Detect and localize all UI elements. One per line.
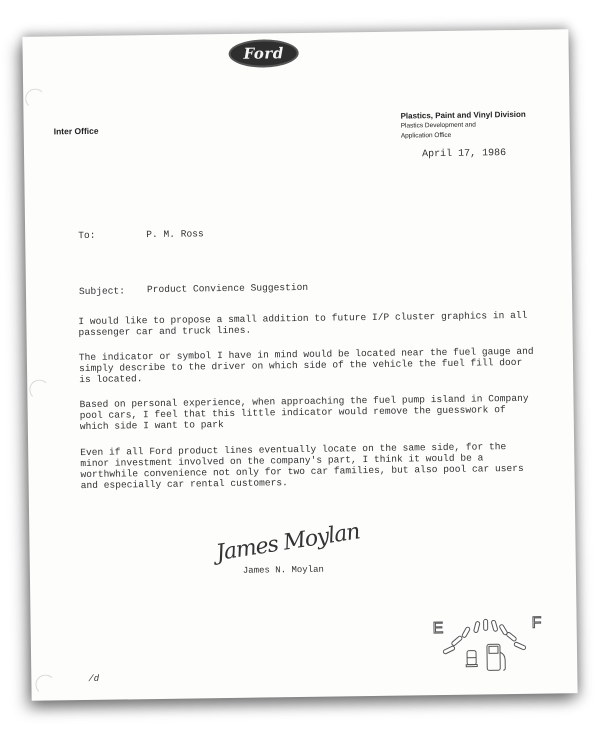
to-value: P. M. Ross (146, 228, 204, 240)
inter-office-label: Inter Office (54, 126, 99, 137)
fuel-pump-icon (487, 644, 505, 670)
punch-hole-mark (25, 89, 45, 109)
handwritten-signature: James Moylan (214, 519, 361, 566)
punch-hole-mark (35, 674, 55, 694)
to-label: To: (78, 230, 95, 241)
typed-signature-name: James N. Moylan (243, 565, 324, 576)
body-paragraph: Based on personal experience, when appro… (79, 393, 549, 433)
ford-logo: Ford (228, 39, 298, 68)
empty-label: E (433, 620, 444, 637)
division-block: Plastics, Paint and Vinyl Division Plast… (400, 110, 526, 142)
fuel-gauge-sketch: E F (428, 612, 549, 674)
subject-value: Product Convience Suggestion (147, 282, 308, 295)
fuel-gauge-drawing: E F (428, 612, 549, 674)
memo-date: April 17, 1986 (422, 148, 506, 160)
memo-page: Ford Inter Office Plastics, Paint and Vi… (22, 29, 577, 701)
body-paragraph: I would like to propose a small addition… (78, 310, 548, 339)
body-paragraph: The indicator or symbol I have in mind w… (79, 346, 549, 386)
body-paragraph: Even if all Ford product lines eventuall… (80, 441, 551, 492)
typist-initials: /d (88, 674, 99, 684)
punch-hole-mark (29, 380, 49, 400)
car-icon (466, 651, 477, 667)
full-label: F (532, 615, 542, 632)
logo-text: Ford (243, 44, 283, 63)
subject-label: Subject: (79, 285, 125, 297)
gauge-tick-marks (442, 619, 526, 655)
office-line-2: Application Office (401, 130, 526, 142)
